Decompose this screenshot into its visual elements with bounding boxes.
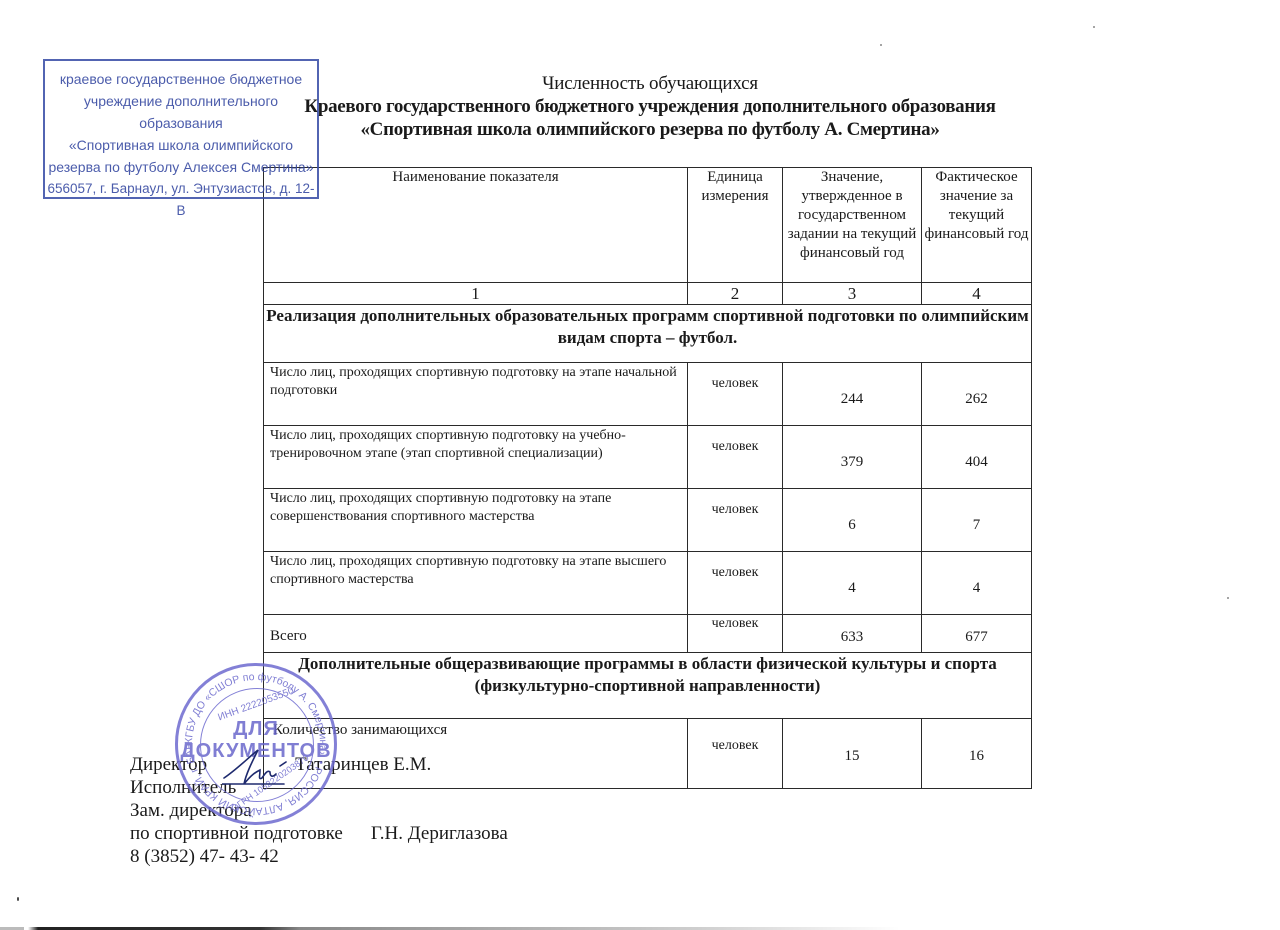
- students-count-table: Наименование показателя Единица измерени…: [263, 167, 1032, 789]
- document-title: Численность обучающихся Краевого государ…: [240, 72, 1060, 141]
- planned-value: 6: [783, 489, 922, 552]
- indicator-name: Число лиц, проходящих спортивную подгото…: [264, 363, 688, 426]
- planned-value: 4: [783, 552, 922, 615]
- scan-speck: [1227, 597, 1229, 599]
- deputy-line: по спортивной подготовкеГ.Н. Дериглазова: [130, 822, 508, 845]
- table-row: Число лиц, проходящих спортивную подгото…: [264, 363, 1032, 426]
- indicator-name: Число лиц, проходящих спортивную подгото…: [264, 489, 688, 552]
- column-number: 2: [688, 283, 783, 305]
- table-header-row: Наименование показателя Единица измерени…: [264, 168, 1032, 283]
- indicator-name: Число лиц, проходящих спортивную подгото…: [264, 552, 688, 615]
- phone-number: 8 (3852) 47- 43- 42: [130, 845, 508, 868]
- column-numbers-row: 1 2 3 4: [264, 283, 1032, 305]
- unit-cell: человек: [688, 363, 783, 426]
- table-row: Число лиц, проходящих спортивную подгото…: [264, 489, 1032, 552]
- header-indicator-name: Наименование показателя: [264, 168, 688, 283]
- deputy-name: Г.Н. Дериглазова: [371, 823, 508, 844]
- section-header-row: Дополнительные общеразвивающие программы…: [264, 653, 1032, 719]
- indicator-name: Число лиц, проходящих спортивную подгото…: [264, 426, 688, 489]
- institution-stamp: краевое государственное бюджетное учрежд…: [43, 59, 319, 199]
- planned-value: 15: [783, 719, 922, 789]
- actual-value: 7: [922, 489, 1032, 552]
- header-unit: Единица измерения: [688, 168, 783, 283]
- stamp-line: резерва по футболу Алексея Смертина»: [45, 156, 317, 178]
- title-line-3: «Спортивная школа олимпийского резерва п…: [240, 118, 1060, 141]
- stamp-line: «Спортивная школа олимпийского: [45, 134, 317, 156]
- stamp-line: учреждение дополнительного образования: [45, 90, 317, 134]
- unit-cell: человек: [688, 615, 783, 653]
- director-signature: [222, 748, 292, 788]
- section-title: Дополнительные общеразвивающие программы…: [264, 653, 1032, 719]
- table-row: Число лиц, проходящих спортивную подгото…: [264, 426, 1032, 489]
- unit-cell: человек: [688, 552, 783, 615]
- unit-cell: человек: [688, 426, 783, 489]
- scan-speck: [17, 897, 19, 901]
- column-number: 1: [264, 283, 688, 305]
- actual-value: 262: [922, 363, 1032, 426]
- deputy-subtitle: по спортивной подготовке: [130, 823, 343, 844]
- actual-value: 404: [922, 426, 1032, 489]
- planned-total: 633: [783, 615, 922, 653]
- total-label: Всего: [264, 615, 688, 653]
- header-planned-value: Значение, утвержденное в государственном…: [783, 168, 922, 283]
- header-actual-value: Фактическое значение за текущий финансов…: [922, 168, 1032, 283]
- actual-value: 16: [922, 719, 1032, 789]
- unit-cell: человек: [688, 489, 783, 552]
- scan-speck: [1093, 26, 1095, 28]
- title-line-1: Численность обучающихся: [240, 72, 1060, 95]
- total-row: Всего человек 633 677: [264, 615, 1032, 653]
- planned-value: 244: [783, 363, 922, 426]
- scan-speck: [880, 44, 882, 46]
- stamp-address: 656057, г. Барнаул, ул. Энтузиастов, д. …: [45, 178, 317, 222]
- title-line-2: Краевого государственного бюджетного учр…: [240, 95, 1060, 118]
- stamp-line: краевое государственное бюджетное: [45, 68, 317, 90]
- actual-total: 677: [922, 615, 1032, 653]
- table-row: Число лиц, проходящих спортивную подгото…: [264, 552, 1032, 615]
- section-header-row: Реализация дополнительных образовательны…: [264, 305, 1032, 363]
- planned-value: 379: [783, 426, 922, 489]
- section-title: Реализация дополнительных образовательны…: [264, 305, 1032, 363]
- column-number: 4: [922, 283, 1032, 305]
- unit-cell: человек: [688, 719, 783, 789]
- round-seal: КГБУ ДО «СШОР по футболу А. Смертина» • …: [175, 663, 337, 825]
- actual-value: 4: [922, 552, 1032, 615]
- column-number: 3: [783, 283, 922, 305]
